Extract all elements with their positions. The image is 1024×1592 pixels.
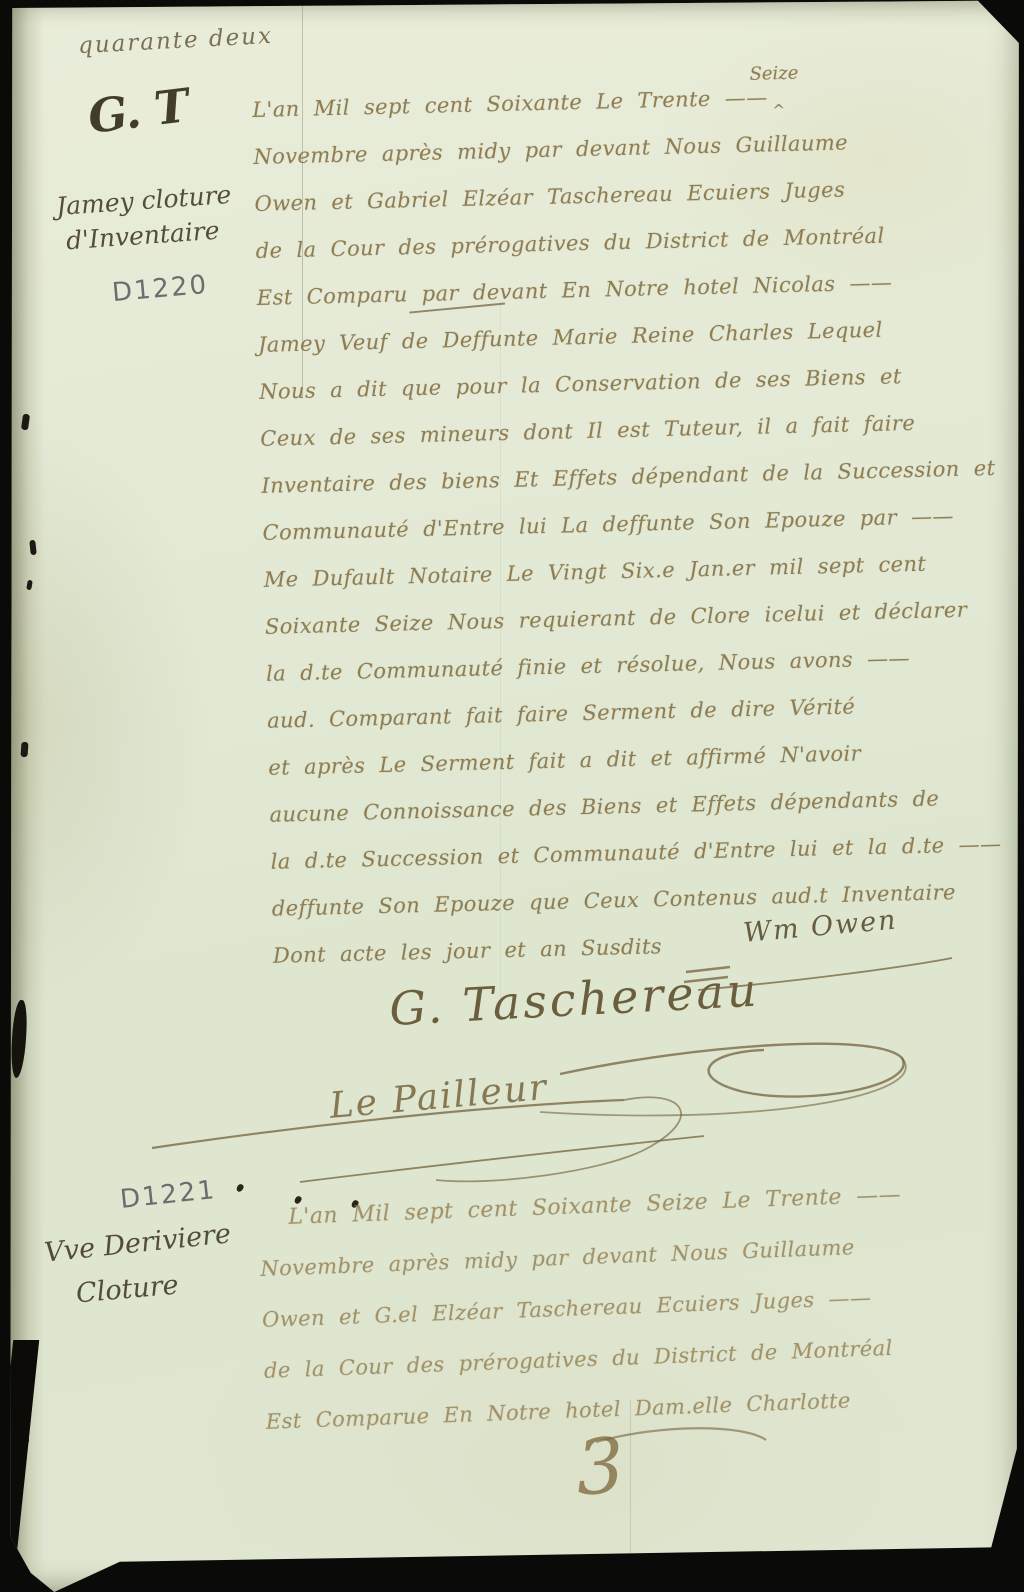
binding-stitch (20, 742, 28, 757)
manuscript-scan: quarante deux G. T Jamey cloture d'Inven… (0, 0, 1024, 1592)
margin-note-deriviere-line1: Vve Deriviere (43, 1218, 232, 1268)
ink-spot (235, 1183, 244, 1193)
interlinear-insert-word: Seize (749, 63, 798, 85)
archival-ref-pencil-d1220: D1220 (111, 270, 209, 308)
insert-caret-mark: ^ (772, 101, 785, 119)
margin-note-jamey-line2: d'Inventaire (65, 216, 220, 256)
paraph-initials-mark: G. T (85, 78, 191, 144)
folio-number-words: quarante deux (77, 23, 273, 59)
catchword-numeral: 3 (573, 1420, 627, 1512)
signature-clerk-lepailleur: Le Pailleur (328, 1067, 550, 1127)
act2-body-text: L'an Mil sept cent Soixante Seize Le Tre… (258, 1178, 1024, 1461)
paper-sheet: quarante deux G. T Jamey cloture d'Inven… (0, 0, 1024, 1592)
margin-note-deriviere-line2: Cloture (75, 1270, 180, 1310)
margin-note-jamey-line1: Jamey cloture (55, 180, 232, 221)
act1-body-text: Seize ^ L'an Mil sept cent Soixante Le T… (252, 79, 1024, 990)
archival-ref-pencil-d1221: D1221 (119, 1175, 218, 1215)
